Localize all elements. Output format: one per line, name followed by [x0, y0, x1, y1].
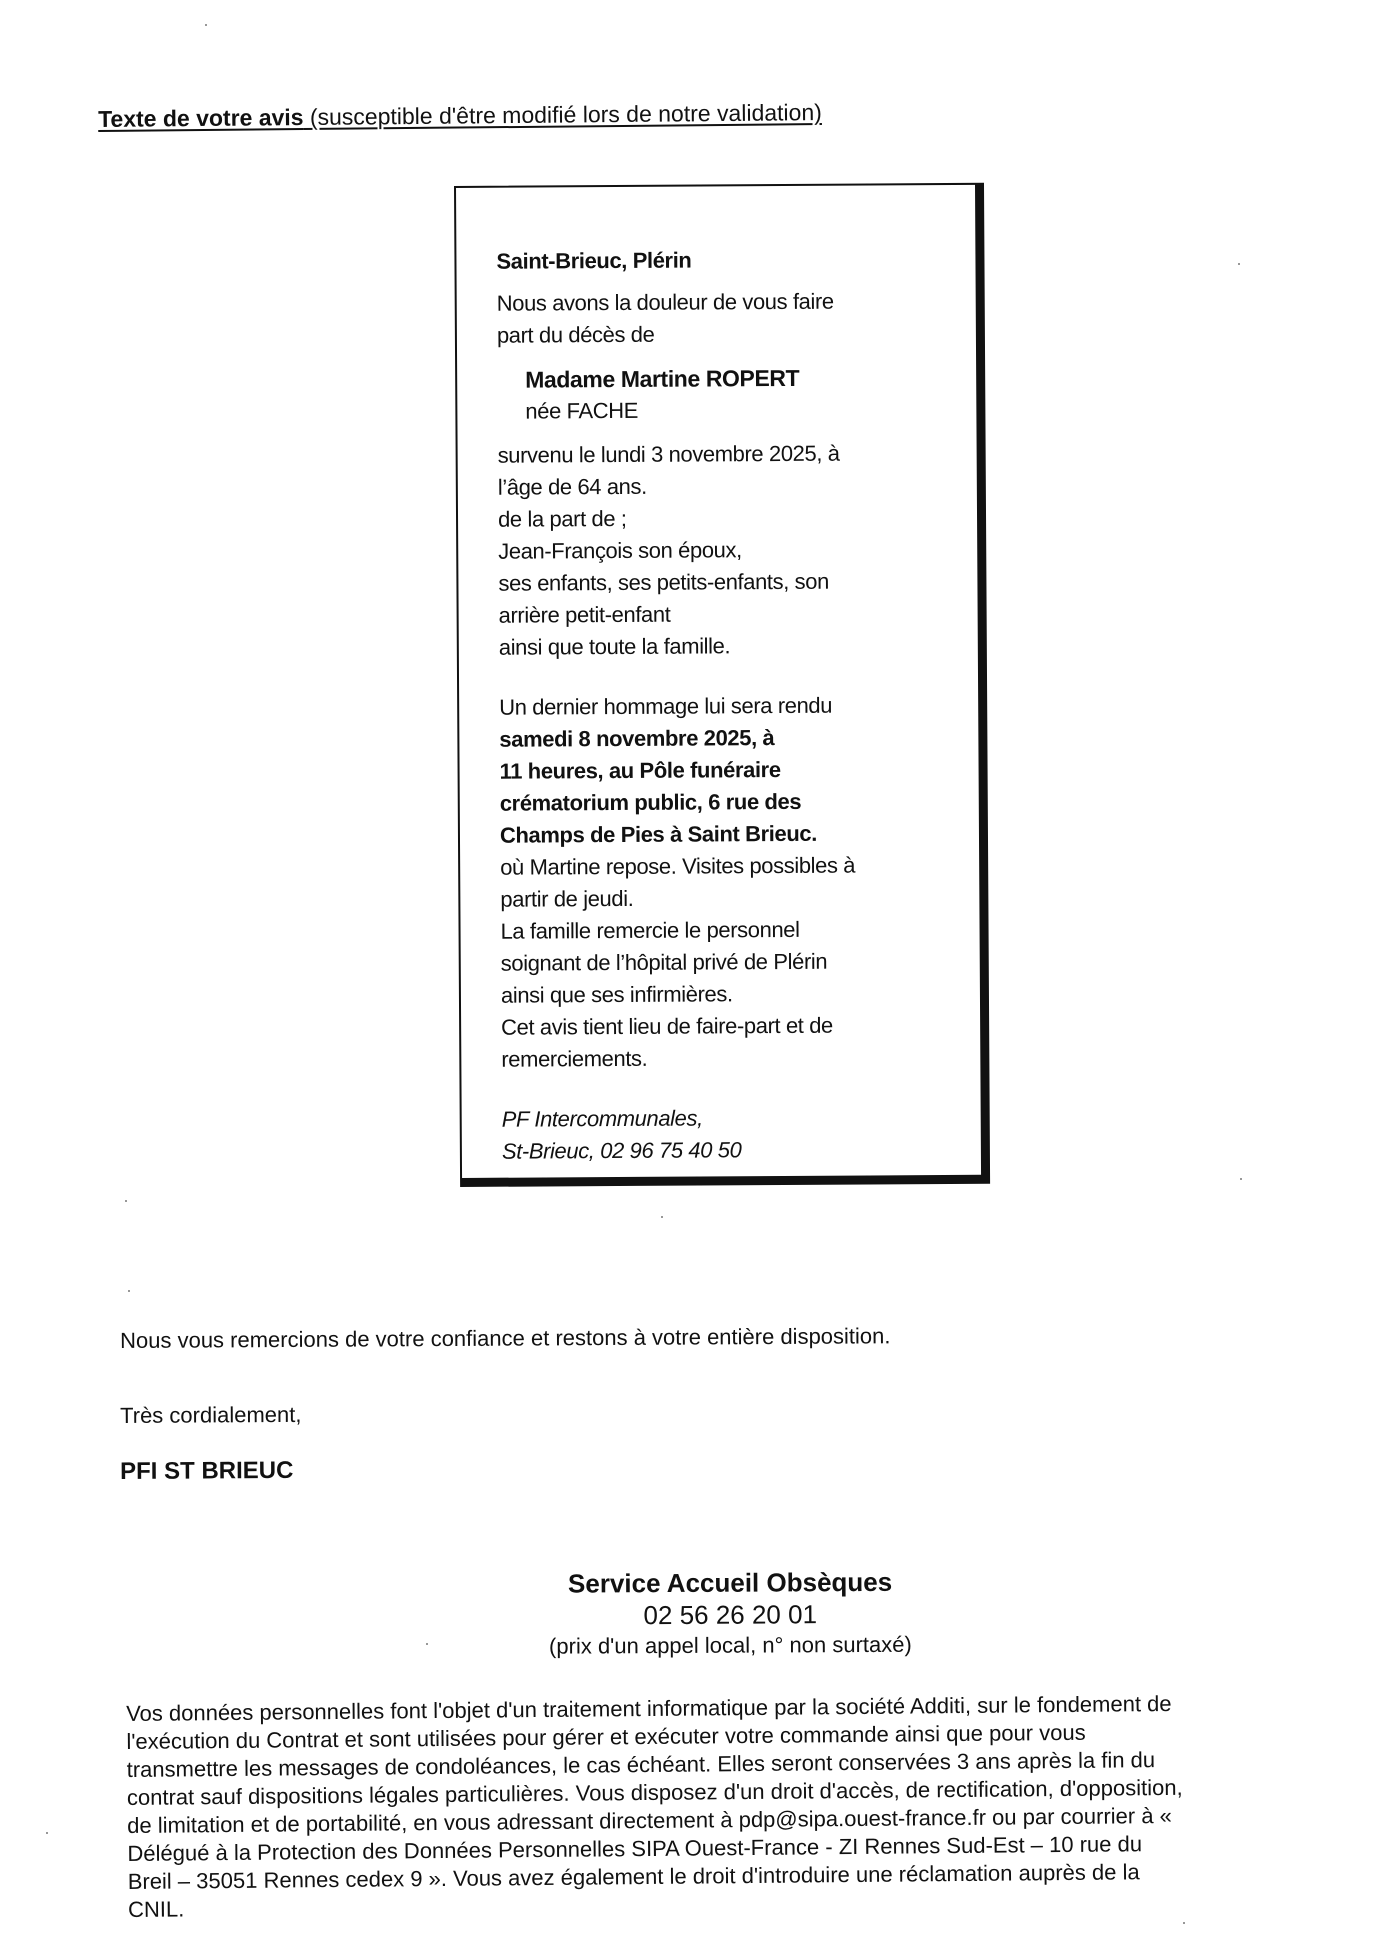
page-title-main: Texte de votre avis — [98, 104, 304, 132]
closing-regards: Très cordialement, — [120, 1402, 302, 1429]
ceremony-text-line: où Martine repose. Visites possibles à — [500, 849, 960, 884]
service-phone-note: (prix d'un appel local, n° non surtaxé) — [480, 1629, 980, 1662]
death-info-line: l’âge de 64 ans. — [498, 469, 958, 504]
scan-speck — [46, 1832, 48, 1834]
scan-speck — [1183, 1922, 1185, 1924]
closing-sender: PFI ST BRIEUC — [120, 1457, 294, 1486]
service-title: Service Accueil Obsèques — [480, 1565, 980, 1600]
notice-deceased: Madame Martine ROPERT née FACHE — [497, 361, 957, 428]
privacy-notice: Vos données personnelles font l'objet d'… — [126, 1688, 1358, 1924]
death-info-line: de la part de ; — [498, 501, 958, 536]
ceremony-text-line: Cet avis tient lieu de faire-part et de — [501, 1009, 961, 1044]
scan-speck — [128, 1290, 130, 1292]
death-info-line: ainsi que toute la famille. — [499, 629, 959, 664]
obituary-notice-content: Saint-Brieuc, Plérin Nous avons la doule… — [496, 243, 962, 1168]
obituary-notice-box: Saint-Brieuc, Plérin Nous avons la doule… — [454, 183, 990, 1187]
signature-line: PF Intercommunales, — [502, 1101, 962, 1136]
scan-speck — [205, 24, 207, 26]
scan-speck — [1238, 263, 1240, 265]
notice-intro: Nous avons la douleur de vous faire part… — [497, 285, 957, 352]
scan-speck — [426, 1643, 428, 1645]
deceased-maiden-name: née FACHE — [525, 393, 957, 428]
service-phone: 02 56 26 20 01 — [480, 1597, 980, 1632]
closing-thanks: Nous vous remercions de votre confiance … — [120, 1323, 891, 1354]
ceremony-detail-line: 11 heures, au Pôle funéraire — [499, 753, 959, 788]
ceremony-text-line: soignant de l’hôpital privé de Plérin — [501, 945, 961, 980]
notice-death-info: survenu le lundi 3 novembre 2025, à l’âg… — [498, 437, 959, 664]
death-info-line: survenu le lundi 3 novembre 2025, à — [498, 437, 958, 472]
notice-intro-line: Nous avons la douleur de vous faire — [497, 285, 957, 320]
service-contact-block: Service Accueil Obsèques 02 56 26 20 01 … — [480, 1565, 980, 1662]
notice-intro-line: part du décès de — [497, 317, 957, 352]
death-info-line: Jean-François son époux, — [498, 533, 958, 568]
ceremony-text-line: partir de jeudi. — [500, 881, 960, 916]
deceased-name: Madame Martine ROPERT — [525, 361, 957, 396]
death-info-line: ses enfants, ses petits-enfants, son — [498, 565, 958, 600]
ceremony-detail-line: crématorium public, 6 rue des — [500, 785, 960, 820]
notice-location: Saint-Brieuc, Plérin — [496, 243, 956, 278]
scan-speck — [661, 1216, 663, 1218]
ceremony-intro: Un dernier hommage lui sera rendu — [499, 689, 959, 724]
notice-signature: PF Intercommunales, St-Brieuc, 02 96 75 … — [502, 1101, 962, 1168]
notice-ceremony: Un dernier hommage lui sera rendu samedi… — [499, 689, 961, 1076]
ceremony-text-line: remerciements. — [501, 1041, 961, 1076]
ceremony-text-line: ainsi que ses infirmières. — [501, 977, 961, 1012]
scan-speck — [1240, 1178, 1242, 1180]
page-title-note: (susceptible d'être modifié lors de notr… — [303, 99, 822, 130]
ceremony-detail-line: samedi 8 novembre 2025, à — [499, 721, 959, 756]
scan-speck — [125, 1200, 127, 1202]
death-info-line: arrière petit-enfant — [499, 597, 959, 632]
ceremony-detail-line: Champs de Pies à Saint Brieuc. — [500, 817, 960, 852]
page-title: Texte de votre avis (susceptible d'être … — [98, 99, 822, 133]
ceremony-text-line: La famille remercie le personnel — [500, 913, 960, 948]
signature-line: St-Brieuc, 02 96 75 40 50 — [502, 1133, 962, 1168]
